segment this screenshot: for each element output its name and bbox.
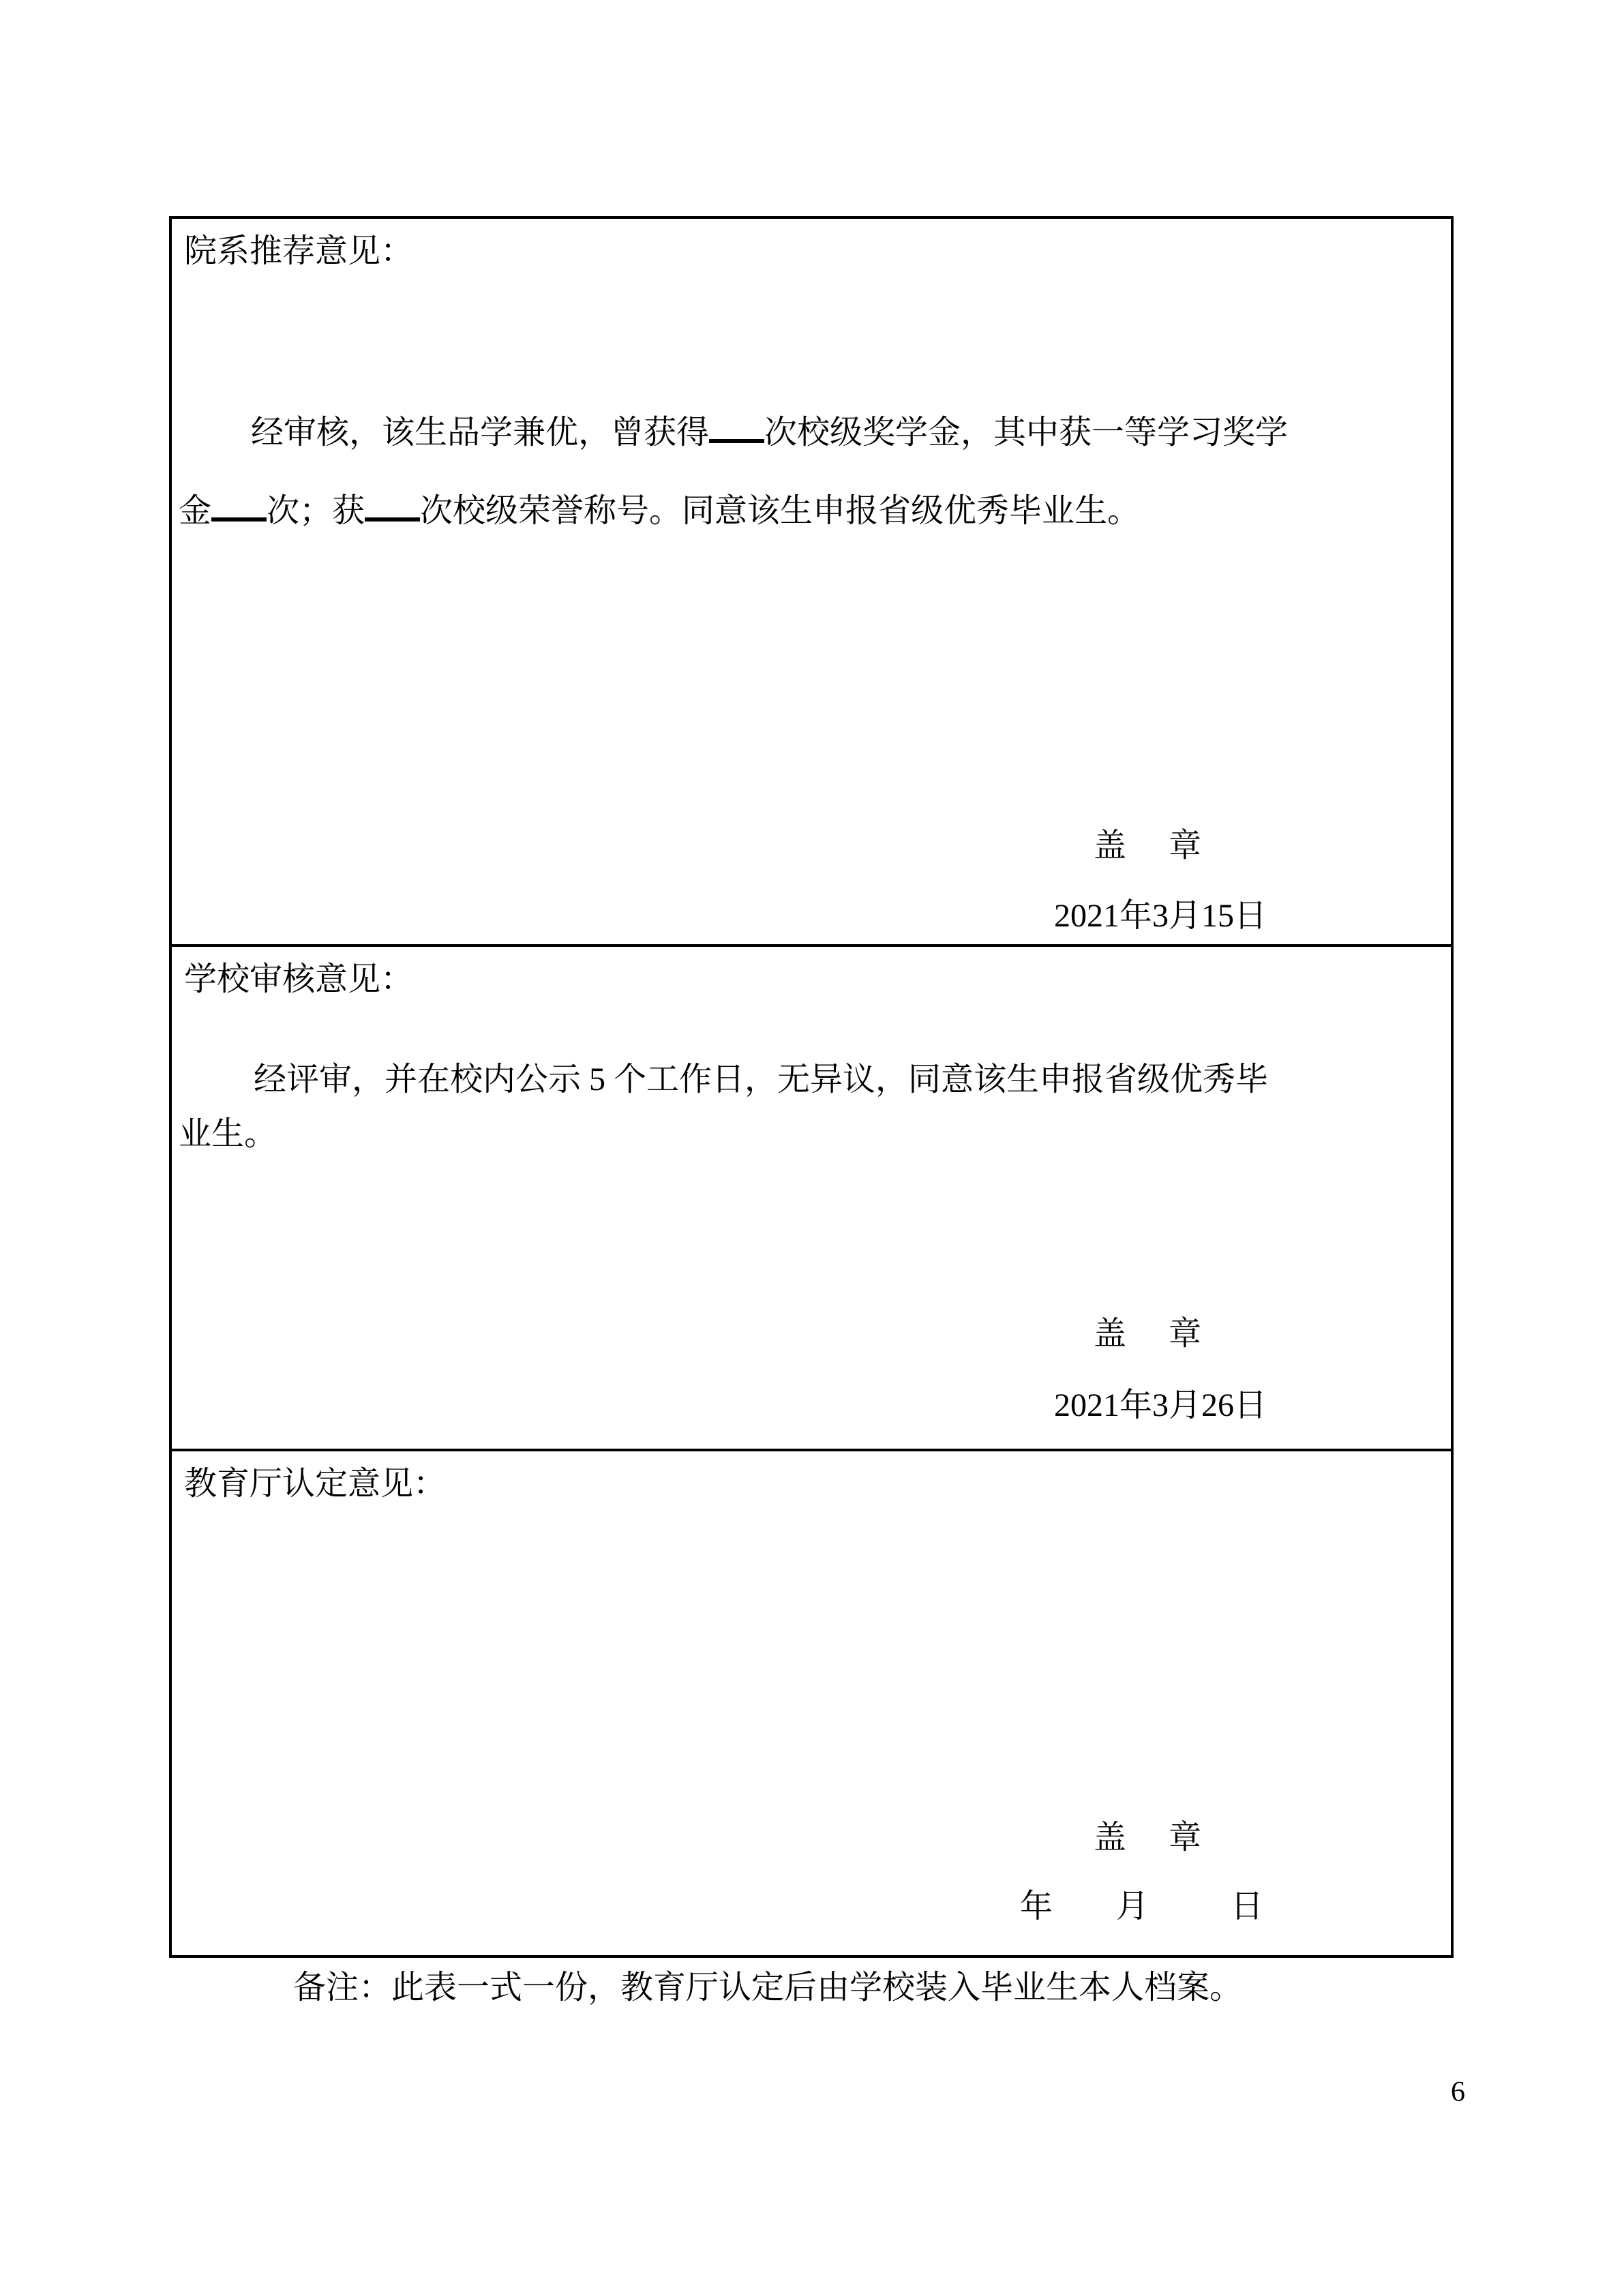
date-line: 2021年3月15日 [179,896,1444,937]
section-education-department: 教育厅认定意见： 盖章 年月日 [172,1451,1451,1955]
section-paragraph: 经评审，并在校内公示 5 个工作日，无异议，同意该生申报省级优秀毕业生。 [179,1053,1444,1162]
month-label: 月 [1116,1888,1149,1924]
seal-line: 盖章 [179,826,1444,866]
day-label: 日 [1231,1888,1263,1924]
document-page: 院系推荐意见： 经审核，该生品学兼优，曾获得次校级奖学金，其中获一等学习奖学金次… [0,0,1624,2296]
section-title: 院系推荐意见： [184,231,1444,272]
seal-line: 盖章 [179,1817,1444,1858]
seal-char-right: 章 [1169,828,1201,864]
seal-char-right: 章 [1169,1316,1201,1352]
section-school-review: 学校审核意见： 经评审，并在校内公示 5 个工作日，无异议，同意该生申报省级优秀… [172,947,1451,1451]
section-title: 教育厅认定意见： [184,1464,1444,1505]
seal-line: 盖章 [179,1314,1444,1355]
section-title: 学校审核意见： [184,959,1444,1000]
seal-char-left: 盖 [1094,828,1126,864]
blank-underline [709,409,764,443]
section-department-recommendation: 院系推荐意见： 经审核，该生品学兼优，曾获得次校级奖学金，其中获一等学习奖学金次… [172,219,1451,947]
seal-char-left: 盖 [1094,1819,1126,1856]
blank-underline [365,487,420,522]
form-table: 院系推荐意见： 经审核，该生品学兼优，曾获得次校级奖学金，其中获一等学习奖学金次… [169,216,1454,1958]
year-month-day-line: 年月日 [179,1886,1444,1927]
year-label: 年 [1020,1888,1053,1924]
blank-underline [211,487,267,522]
seal-char-left: 盖 [1094,1316,1126,1352]
footer-note: 备注：此表一式一份，教育厅认定后由学校装入毕业生本人档案。 [293,1967,1242,2008]
section-paragraph: 经审核，该生品学兼优，曾获得次校级奖学金，其中获一等学习奖学金次；获次校级荣誉称… [179,393,1444,550]
date-line: 2021年3月26日 [179,1385,1444,1426]
seal-char-right: 章 [1169,1819,1201,1856]
page-number: 6 [1451,2075,1465,2109]
